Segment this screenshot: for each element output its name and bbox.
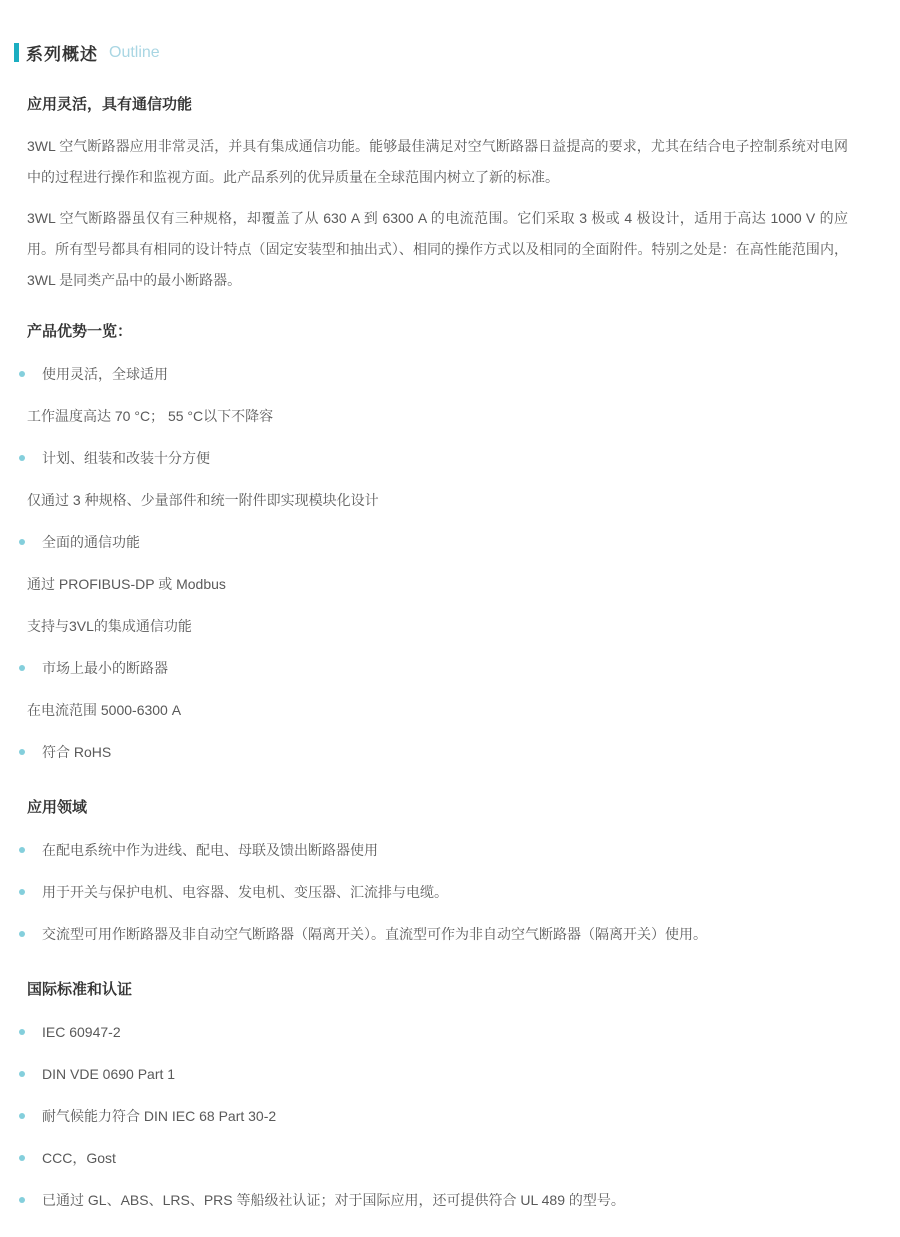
list-item: 交流型可用作断路器及非自动空气断路器（隔离开关）。直流型可作为非自动空气断路器（… <box>27 924 848 944</box>
advantages-heading: 产品优势一览： <box>27 322 848 342</box>
list-subitem: 仅通过 3 种规格、少量部件和统一附件即实现模块化设计 <box>27 490 848 510</box>
list-item-label: 使用灵活，全球适用 <box>42 366 168 382</box>
list-subitem-label: 通过 PROFIBUS-DP 或 Modbus <box>27 576 226 592</box>
standards-heading: 国际标准和认证 <box>27 980 848 1000</box>
bullet-icon <box>19 1029 25 1035</box>
bullet-icon <box>19 539 25 545</box>
list-subitem-label: 在电流范围 5000-6300 A <box>27 702 181 718</box>
bullet-icon <box>19 371 25 377</box>
list-item: 耐气候能力符合 DIN IEC 68 Part 30-2 <box>27 1106 848 1126</box>
list-item: 市场上最小的断路器 <box>27 658 848 678</box>
list-item: 已通过 GL、ABS、LRS、PRS 等船级社认证；对于国际应用，还可提供符合 … <box>27 1190 848 1210</box>
intro-paragraph: 3WL 空气断路器应用非常灵活，并具有集成通信功能。能够最佳满足对空气断路器日益… <box>27 131 848 193</box>
page-title-zh: 系列概述 <box>26 40 98 65</box>
list-item: DIN VDE 0690 Part 1 <box>27 1064 848 1084</box>
bullet-icon <box>19 847 25 853</box>
list-item-label: 符合 RoHS <box>42 744 111 760</box>
list-item-label: 在配电系统中作为进线、配电、母联及馈出断路器使用 <box>42 842 378 858</box>
list-item: 在配电系统中作为进线、配电、母联及馈出断路器使用 <box>27 840 848 860</box>
accent-bar <box>14 43 19 62</box>
bullet-icon <box>19 1071 25 1077</box>
list-item: CCC，Gost <box>27 1148 848 1168</box>
list-item: 全面的通信功能 <box>27 532 848 552</box>
content-area: 应用灵活，具有通信功能 3WL 空气断路器应用非常灵活，并具有集成通信功能。能够… <box>0 95 900 1210</box>
list-item: 计划、组装和改装十分方便 <box>27 448 848 468</box>
list-item-label: 交流型可用作断路器及非自动空气断路器（隔离开关）。直流型可作为非自动空气断路器（… <box>42 926 707 942</box>
list-item-label: 用于开关与保护电机、电容器、发电机、变压器、汇流排与电缆。 <box>42 884 448 900</box>
list-subitem-label: 仅通过 3 种规格、少量部件和统一附件即实现模块化设计 <box>27 492 379 508</box>
intro-paragraph: 3WL 空气断路器虽仅有三种规格，却覆盖了从 630 A 到 6300 A 的电… <box>27 203 848 296</box>
list-item-label: 已通过 GL、ABS、LRS、PRS 等船级社认证；对于国际应用，还可提供符合 … <box>42 1192 625 1208</box>
list-item-label: CCC，Gost <box>42 1150 116 1166</box>
list-item: 符合 RoHS <box>27 742 848 762</box>
bullet-icon <box>19 455 25 461</box>
list-item: IEC 60947-2 <box>27 1022 848 1042</box>
list-item: 用于开关与保护电机、电容器、发电机、变压器、汇流排与电缆。 <box>27 882 848 902</box>
bullet-icon <box>19 889 25 895</box>
list-item-label: 计划、组装和改装十分方便 <box>42 450 210 466</box>
list-item: 使用灵活，全球适用 <box>27 364 848 384</box>
applications-heading: 应用领域 <box>27 798 848 818</box>
section-header: 系列概述 Outline <box>0 0 900 65</box>
list-subitem: 在电流范围 5000-6300 A <box>27 700 848 720</box>
list-item-label: 市场上最小的断路器 <box>42 660 168 676</box>
list-item-label: 全面的通信功能 <box>42 534 140 550</box>
list-item-label: 耐气候能力符合 DIN IEC 68 Part 30-2 <box>42 1108 276 1124</box>
bullet-icon <box>19 749 25 755</box>
list-subitem-label: 支持与3VL的集成通信功能 <box>27 618 192 634</box>
list-subitem: 通过 PROFIBUS-DP 或 Modbus <box>27 574 848 594</box>
series-outline-page: 系列概述 Outline 应用灵活，具有通信功能 3WL 空气断路器应用非常灵活… <box>0 0 900 1237</box>
bullet-icon <box>19 1155 25 1161</box>
bullet-icon <box>19 665 25 671</box>
bullet-icon <box>19 1113 25 1119</box>
list-item-label: IEC 60947-2 <box>42 1024 121 1040</box>
list-subitem: 支持与3VL的集成通信功能 <box>27 616 848 636</box>
list-item-label: DIN VDE 0690 Part 1 <box>42 1066 175 1082</box>
bullet-icon <box>19 931 25 937</box>
list-subitem: 工作温度高达 70 °C； 55 °C以下不降容 <box>27 406 848 426</box>
list-subitem-label: 工作温度高达 70 °C； 55 °C以下不降容 <box>27 408 273 424</box>
bullet-icon <box>19 1197 25 1203</box>
page-title-en: Outline <box>109 44 160 62</box>
intro-heading: 应用灵活，具有通信功能 <box>27 95 848 115</box>
